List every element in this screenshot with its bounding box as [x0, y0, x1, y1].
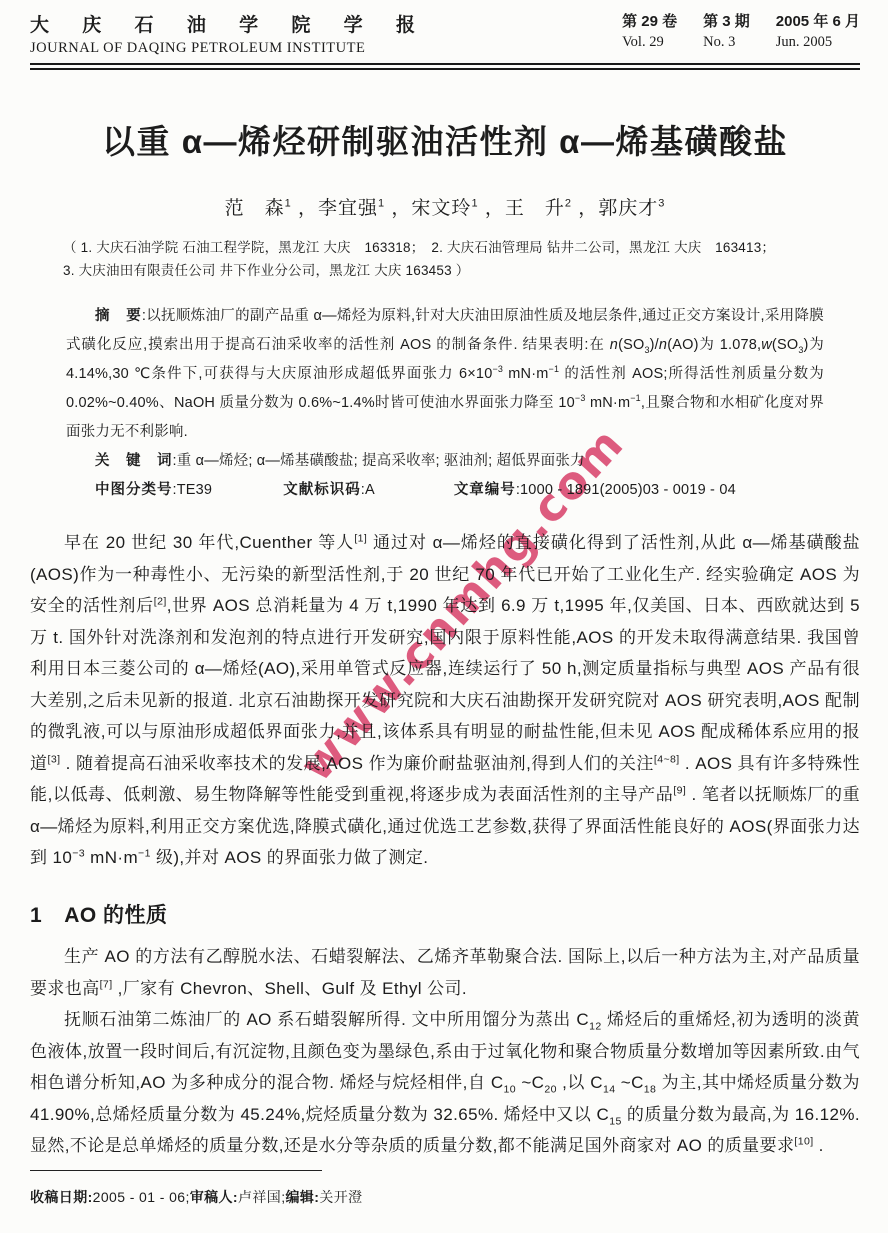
page-footer: 收稿日期:2005 - 01 - 06;审稿人:卢祥国;编辑:关开澄 [30, 1170, 858, 1207]
clc-value: TE39 [177, 482, 212, 498]
keywords-text: 重 α—烯烃; α—烯基磺酸盐; 提高采收率; 驱油剂; 超低界面张力 [177, 453, 585, 469]
doc-code-label: 文献标识码 [283, 482, 361, 498]
clc-label: 中图分类号 [95, 482, 173, 498]
journal-name-en: JOURNAL OF DAQING PETROLEUM INSTITUTE [30, 40, 429, 57]
abstract-block: 摘 要:以抚顺炼油厂的副产品重 α—烯烃为原料,针对大庆油田原油性质及地层条件,… [66, 302, 824, 505]
date-cn: 2005 年 6 月 [776, 10, 860, 31]
meta-line: 中图分类号:TE39 文献标识码:A 文章编号:1000 - 1891(2005… [66, 476, 824, 505]
abstract-paragraph: 摘 要:以抚顺炼油厂的副产品重 α—烯烃为原料,针对大庆油田原油性质及地层条件,… [66, 302, 824, 447]
article-id-value: 1000 - 1891(2005)03 - 0019 - 04 [520, 482, 736, 498]
section-1-paragraph-1: 生产 AO 的方法有乙醇脱水法、石蜡裂解法、乙烯齐革勒聚合法. 国际上,以后一种… [30, 941, 860, 1004]
section-1-heading: 1AO 的性质 [30, 900, 860, 932]
section-1-paragraph-2: 抚顺石油第二炼油厂的 AO 系石蜡裂解所得. 文中所用馏分为蒸出 C12 烯烃后… [30, 1004, 860, 1162]
keywords-line: 关 键 词:重 α—烯烃; α—烯基磺酸盐; 提高采收率; 驱油剂; 超低界面张… [66, 447, 824, 476]
keywords-label: 关 键 词 [95, 453, 173, 469]
doc-code-value: A [365, 482, 375, 498]
footnote-divider [30, 1170, 322, 1171]
article-id-label: 文章编号 [454, 482, 516, 498]
article-title: 以重 α—烯烃研制驱油活性剂 α—烯基磺酸盐 [30, 116, 860, 163]
affiliations: （ 1. 大庆石油学院 石油工程学院，黑龙江 大庆 163318； 2. 大庆石… [63, 236, 827, 282]
abstract-label: 摘 要 [95, 308, 142, 324]
article-id-item: 文章编号:1000 - 1891(2005)03 - 0019 - 04 [425, 476, 736, 505]
received-date-note: 收稿日期:2005 - 01 - 06;审稿人:卢祥国;编辑:关开澄 [30, 1187, 858, 1207]
volume-en: Vol. 29 [622, 34, 677, 51]
doc-code-item: 文献标识码:A [254, 476, 375, 505]
article-body: 早在 20 世纪 30 年代,Cuenther 等人[1] 通过对 α—烯烃的直… [30, 527, 860, 1162]
clc-item: 中图分类号:TE39 [66, 476, 212, 505]
issue-cn: 第 3 期 [703, 10, 750, 31]
section-1-title: AO 的性质 [64, 904, 167, 927]
journal-header: 大 庆 石 油 学 院 学 报 JOURNAL OF DAQING PETROL… [30, 10, 860, 57]
intro-paragraph: 早在 20 世纪 30 年代,Cuenther 等人[1] 通过对 α—烯烃的直… [30, 527, 860, 874]
journal-name-cn: 大 庆 石 油 学 院 学 报 [30, 10, 429, 37]
authors-line: 范 森1 ，李宜强1 ，宋文玲1 ，王 升2 ，郭庆才3 [30, 193, 860, 220]
section-1-number: 1 [30, 904, 42, 927]
journal-page: www.cnmhg.com 大 庆 石 油 学 院 学 报 JOURNAL OF… [0, 0, 888, 1233]
date-en: Jun. 2005 [776, 34, 860, 51]
header-divider [30, 63, 860, 70]
volume-cn: 第 29 卷 [622, 10, 677, 31]
issue-en: No. 3 [703, 34, 750, 51]
abstract-text: 以抚顺炼油厂的副产品重 α—烯烃为原料,针对大庆油田原油性质及地层条件,通过正交… [66, 308, 824, 440]
